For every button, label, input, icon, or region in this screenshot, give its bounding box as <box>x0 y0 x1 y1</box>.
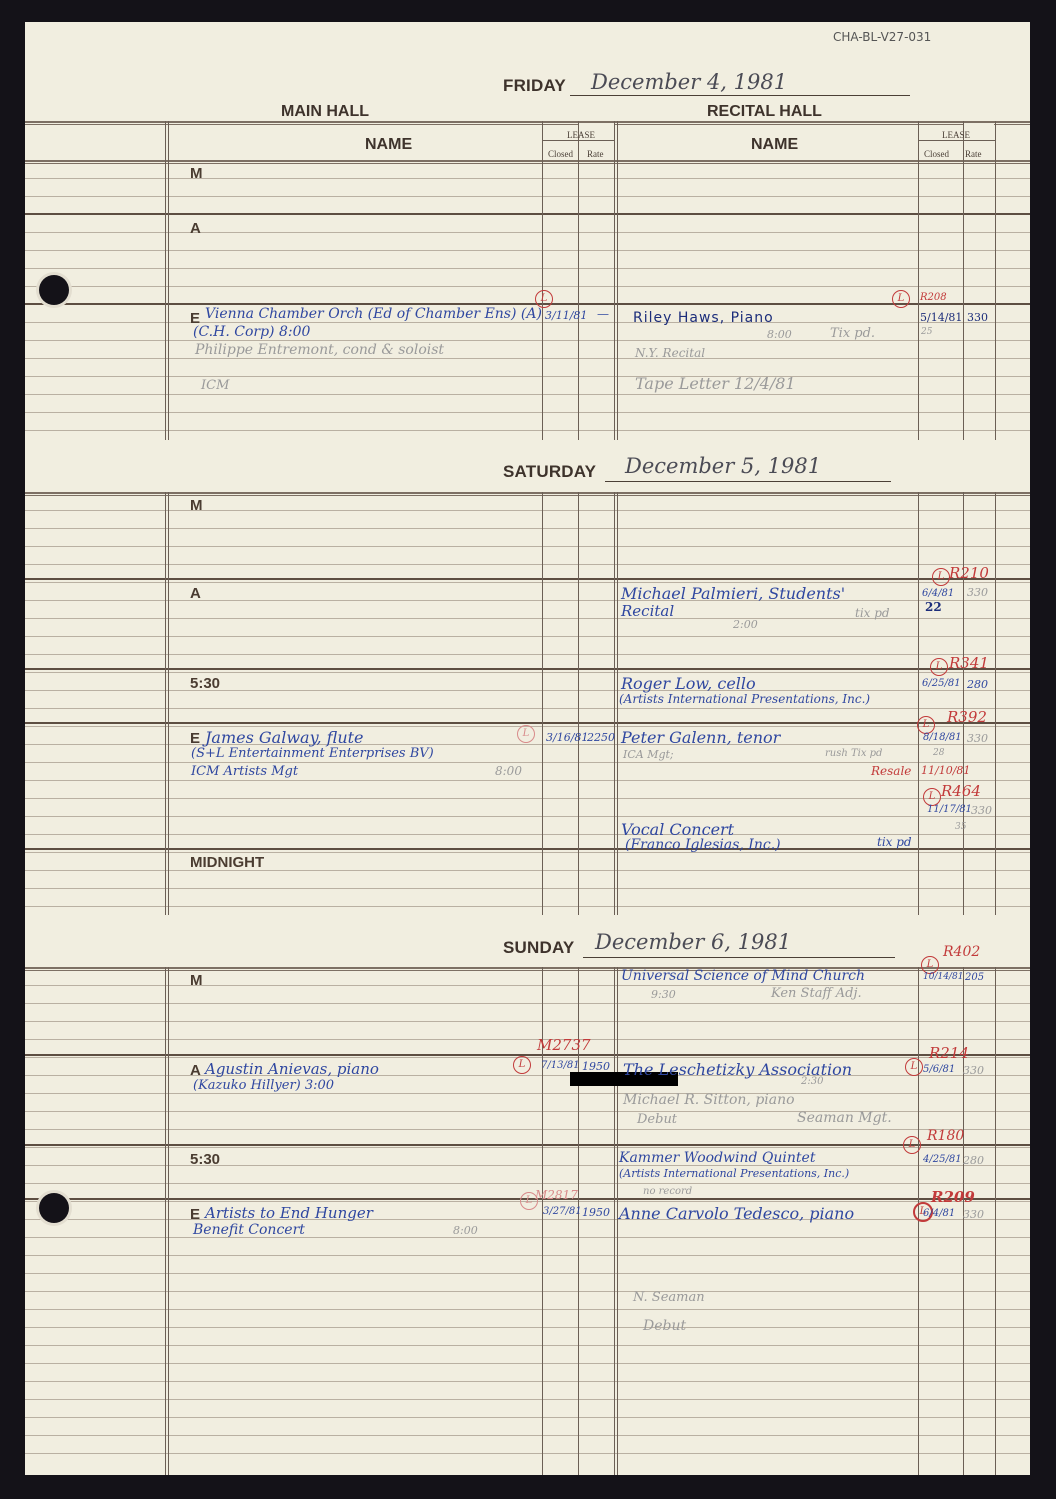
binder-hole <box>39 1193 69 1223</box>
lease-closed: 11/17/81 <box>927 804 972 815</box>
entry-name: Roger Low, cello <box>621 674 756 693</box>
recital-hall-heading: RECITAL HALL <box>707 103 822 121</box>
entry-line: Benefit Concert <box>193 1222 305 1238</box>
slot-label: A <box>190 1062 201 1079</box>
lease-mark: L <box>903 1136 921 1154</box>
lease-ref: R464 <box>941 782 981 800</box>
entry-pencil-note: N. Seaman <box>633 1290 705 1305</box>
recital-closed-header: Closed <box>924 149 949 159</box>
entry-time: 9:30 <box>651 988 676 1001</box>
entry-pencil-note: N.Y. Recital <box>635 346 705 360</box>
lease-mark: L <box>905 1058 923 1076</box>
slot-label: E <box>190 1206 200 1223</box>
lease-closed: 6/4/81 <box>923 1208 955 1219</box>
lease-ref: R180 <box>927 1128 964 1144</box>
slot-label: M <box>190 972 203 989</box>
lease-closed: 10/14/81 <box>923 972 963 982</box>
slot-label: A <box>190 220 201 237</box>
main-rate-header: Rate <box>587 149 604 159</box>
day-date-sunday: December 6, 1981 <box>595 930 791 954</box>
lease-ref: M2737 <box>537 1036 591 1054</box>
lease-extra: 28 <box>933 748 944 758</box>
entry-time: 8:00 <box>453 1224 478 1237</box>
entry-name: Anne Carvolo Tedesco, piano <box>619 1204 854 1223</box>
resale-label: Resale <box>871 764 911 778</box>
entry-note: tix pd <box>855 606 890 620</box>
entry-pencil-note: Tape Letter 12/4/81 <box>635 374 796 393</box>
lease-rate: 330 <box>963 1208 984 1221</box>
entry-name: Peter Galenn, tenor <box>621 728 780 747</box>
lease-mark: L <box>892 290 910 308</box>
lease-extra: 25 <box>921 327 932 337</box>
day-title-saturday: SATURDAY <box>503 462 596 482</box>
lease-extra: 22 <box>925 600 942 614</box>
lease-closed: 3/27/81 <box>543 1206 582 1217</box>
entry-line: (Franco Iglesias, Inc.) <box>625 837 781 853</box>
lease-rate: 280 <box>963 1154 984 1167</box>
lease-rate: 2250 <box>587 731 615 744</box>
day-title-sunday: SUNDAY <box>503 938 574 958</box>
lease-mark: L <box>517 725 535 743</box>
main-lease-header: LEASE <box>567 130 595 140</box>
slot-label: A <box>190 585 201 602</box>
slot-label: MIDNIGHT <box>190 854 264 871</box>
entry-name: James Galway, flute <box>205 728 364 747</box>
lease-ref: R214 <box>929 1044 969 1062</box>
lease-ref: R341 <box>949 654 989 672</box>
lease-extra: 35 <box>955 822 966 832</box>
recital-name-header: NAME <box>751 136 798 154</box>
entry-name: Michael Palmieri, Students' <box>621 584 845 603</box>
entry-pencil-note: Seaman Mgt. <box>797 1110 892 1126</box>
entry-pencil-note: Philippe Entremont, cond & soloist <box>195 342 444 358</box>
binder-hole <box>39 275 69 305</box>
entry-line: (Artists International Presentations, In… <box>619 692 870 706</box>
entry-time: 2:30 <box>801 1076 823 1087</box>
lease-closed: 6/4/81 <box>922 588 954 599</box>
lease-ref: R208 <box>920 292 947 303</box>
lease-ref: R210 <box>949 564 989 582</box>
lease-rate: 205 <box>965 972 984 983</box>
entry-pencil-note: Debut <box>637 1112 677 1127</box>
date-underline <box>570 95 910 96</box>
entry-name: Kammer Woodwind Quintet <box>619 1150 815 1166</box>
entry-line: (Artists International Presentations, In… <box>619 1167 849 1180</box>
lease-closed: 6/25/81 <box>922 678 961 689</box>
lease-ref: R209 <box>931 1188 975 1206</box>
entry-name: Universal Science of Mind Church <box>621 968 865 984</box>
archive-id: CHA-BL-V27-031 <box>833 30 931 44</box>
entry-name: Artists to End Hunger <box>205 1204 373 1222</box>
slot-label: E <box>190 730 200 747</box>
entry-time: 8:00 <box>495 764 522 778</box>
lease-ref: R392 <box>947 708 987 726</box>
lease-rate: 330 <box>967 732 988 745</box>
lease-closed: 7/13/81 <box>541 1060 580 1071</box>
lease-rate: 330 <box>967 311 988 324</box>
lease-rate: 1950 <box>582 1206 610 1219</box>
lease-mark: L <box>932 568 950 586</box>
lease-closed: 5/6/81 <box>923 1064 955 1075</box>
lease-rate: 330 <box>971 804 992 817</box>
entry-note: rush Tix pd <box>825 748 882 759</box>
date-underline <box>605 481 891 482</box>
entry-pencil-note: ICM <box>201 378 229 393</box>
entry-pencil-note: ICA Mgt; <box>623 748 674 761</box>
entry-pencil-note: no record <box>643 1186 692 1197</box>
entry-note: tix pd <box>877 835 912 849</box>
day-date-friday: December 4, 1981 <box>591 70 787 94</box>
lease-mark: L <box>535 290 553 308</box>
lease-closed: 8/18/81 <box>923 732 962 743</box>
entry-time: 8:00 <box>767 328 792 341</box>
lease-rate: — <box>597 307 609 321</box>
lease-closed: 3/16/81 <box>546 731 588 744</box>
slot-label: M <box>190 165 203 182</box>
lease-rate: 330 <box>967 586 988 599</box>
resale-date: 11/10/81 <box>921 764 970 777</box>
lease-mark: L <box>930 658 948 676</box>
entry-line: (C.H. Corp) 8:00 <box>193 324 310 340</box>
lease-rate: 280 <box>967 678 988 691</box>
lease-closed: 3/11/81 <box>545 309 587 322</box>
lease-ref: R402 <box>943 944 980 960</box>
main-closed-header: Closed <box>548 149 573 159</box>
recital-lease-header: LEASE <box>942 130 970 140</box>
day-title-friday: FRIDAY <box>503 76 566 96</box>
lease-ref: M2817 <box>535 1188 578 1202</box>
day-date-saturday: December 5, 1981 <box>625 454 821 478</box>
entry-pencil-note: Debut <box>643 1318 686 1334</box>
lease-closed: 5/14/81 <box>920 311 962 324</box>
entry-name: Riley Haws, Piano <box>633 310 774 326</box>
entry-pencil-note: Michael R. Sitton, piano <box>623 1092 795 1108</box>
entry-note: Tix pd. <box>830 326 875 341</box>
entry-time: 2:00 <box>733 618 758 631</box>
ledger-page: CHA-BL-V27-031 FRIDAY December 4, 1981 M… <box>25 22 1030 1475</box>
lease-mark: L <box>513 1056 531 1074</box>
entry-line: Recital <box>621 602 674 620</box>
lease-closed: 4/25/81 <box>923 1154 962 1165</box>
entry-name: Agustin Anievas, piano <box>205 1060 379 1078</box>
slot-label: M <box>190 497 203 514</box>
entry-line: (Kazuko Hillyer) 3:00 <box>193 1078 334 1093</box>
entry-pencil-note: Ken Staff Adj. <box>771 986 862 1001</box>
main-hall-heading: MAIN HALL <box>281 103 369 121</box>
date-underline <box>583 957 895 958</box>
lease-rate: 330 <box>963 1064 984 1077</box>
slot-label: 5:30 <box>190 675 220 692</box>
slot-label: 5:30 <box>190 1151 220 1168</box>
recital-rate-header: Rate <box>965 149 982 159</box>
main-name-header: NAME <box>365 136 412 154</box>
entry-name: Vienna Chamber Orch (Ed of Chamber Ens) … <box>205 306 542 322</box>
entry-line: ICM Artists Mgt <box>191 764 298 779</box>
entry-line: (S+L Entertainment Enterprises BV) <box>191 746 434 761</box>
